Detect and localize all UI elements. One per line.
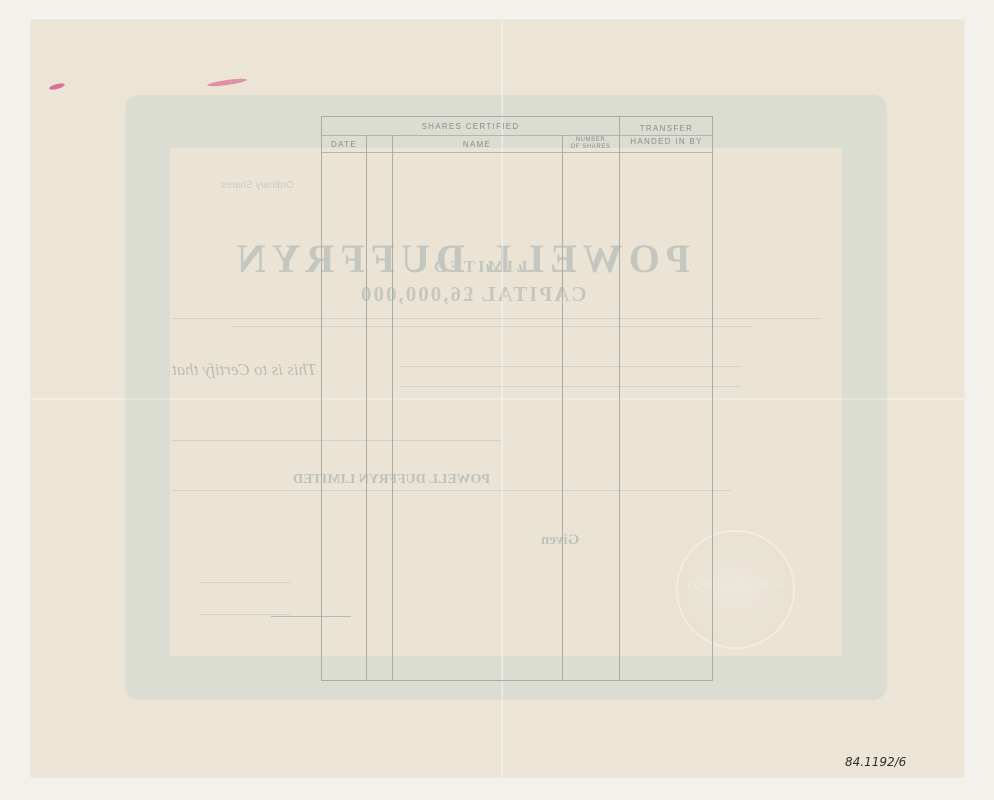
catalog-number: 84.1192/6 (845, 755, 906, 769)
column-divider (562, 135, 563, 680)
handed-in-by-header: Handed in by (619, 137, 714, 146)
ghost-certify-text: This is to Certify that (172, 360, 317, 380)
shares-certified-header: Shares Certified (322, 122, 619, 131)
date-column-header: Date (322, 140, 366, 149)
column-divider (619, 117, 620, 680)
ghost-rule (201, 614, 291, 615)
certificate-paper: Ordinary Shares POWELL DUFFRYN LIMITED C… (31, 20, 964, 777)
column-divider (392, 135, 393, 680)
number-column-header: Number (562, 137, 619, 144)
ghost-share-class: Ordinary Shares (221, 180, 294, 191)
name-column-header: Name (392, 140, 562, 149)
ghost-rule (201, 582, 291, 583)
of-shares-column-header: of Shares (562, 144, 619, 151)
transfer-record-table: Shares Certified Transfer Handed in by D… (321, 116, 713, 681)
transfer-header: Transfer (619, 124, 714, 133)
pink-mark (207, 77, 247, 88)
pink-mark (49, 82, 66, 91)
column-divider (366, 135, 367, 680)
